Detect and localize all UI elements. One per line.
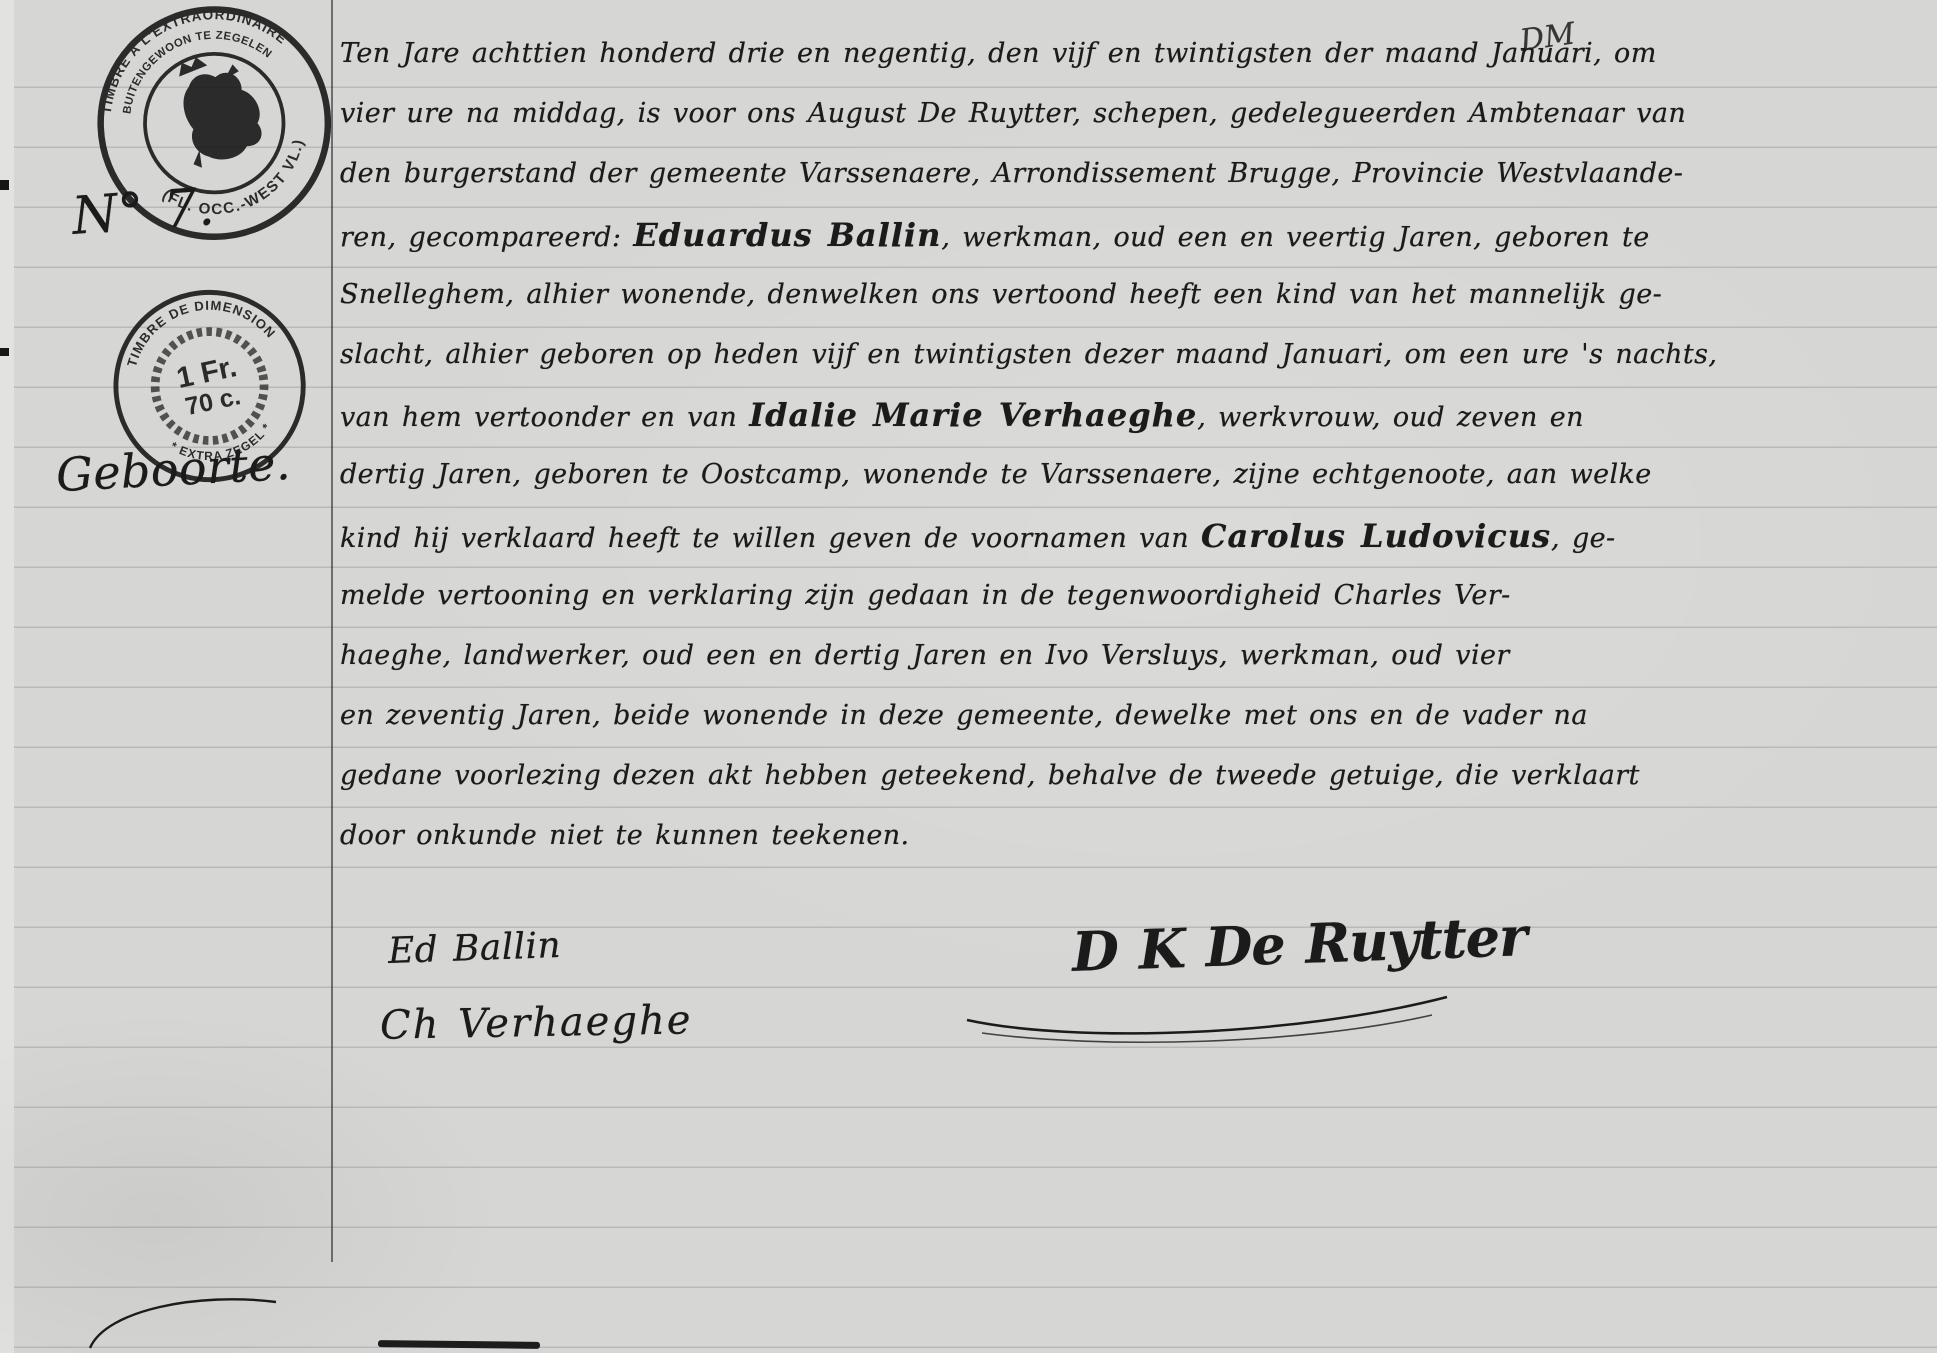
act-text-segment: Ten Jare achttien honderd drie en negent… bbox=[340, 38, 1657, 69]
act-text-segment: kind hij verklaard heeft te willen geven… bbox=[340, 523, 1201, 554]
act-text-segment: door onkunde niet te kunnen teekenen. bbox=[340, 820, 910, 851]
act-line: dertig Jaren, geboren te Oostcamp, wonen… bbox=[340, 445, 1918, 505]
act-line: melde vertooning en verklaring zijn geda… bbox=[340, 566, 1918, 626]
act-text-segment: slacht, alhier geboren op heden vijf en … bbox=[340, 339, 1717, 370]
act-text-segment: dertig Jaren, geboren te Oostcamp, wonen… bbox=[340, 459, 1652, 490]
act-text-segment: gedane voorlezing dezen akt hebben getee… bbox=[340, 760, 1640, 791]
next-entry-flourish bbox=[78, 1288, 288, 1353]
act-text-segment: Snelleghem, alhier wonende, denwelken on… bbox=[340, 279, 1662, 310]
act-text-segment: den burgerstand der gemeente Varssenaere… bbox=[340, 158, 1683, 189]
act-number: N° 7. bbox=[70, 177, 216, 247]
binding-mark bbox=[0, 348, 9, 356]
act-text-segment: , werkvrouw, oud zeven en bbox=[1197, 402, 1584, 433]
act-line: gedane voorlezing dezen akt hebben getee… bbox=[340, 746, 1918, 806]
act-text-segment: , werkman, oud een en veertig Jaren, geb… bbox=[941, 222, 1649, 253]
binding-mark bbox=[0, 180, 9, 190]
act-line: door onkunde niet te kunnen teekenen. bbox=[340, 806, 1918, 866]
act-line: Snelleghem, alhier wonende, denwelken on… bbox=[340, 265, 1918, 325]
act-text-segment: melde vertooning en verklaring zijn geda… bbox=[340, 580, 1511, 611]
next-entry-mark bbox=[378, 1340, 540, 1349]
crowned-lion-icon bbox=[157, 42, 273, 172]
act-line: haeghe, landwerker, oud een en dertig Ja… bbox=[340, 626, 1918, 686]
act-body: Ten Jare achttien honderd drie en negent… bbox=[340, 24, 1918, 867]
act-line: Ten Jare achttien honderd drie en negent… bbox=[340, 24, 1918, 84]
signature-declarant: Ed Ballin bbox=[387, 925, 561, 972]
act-line: slacht, alhier geboren op heden vijf en … bbox=[340, 325, 1918, 385]
act-name-highlight: Idalie Marie Verhaeghe bbox=[749, 396, 1197, 434]
act-text-segment: en zeventig Jaren, beide wonende in deze… bbox=[340, 700, 1588, 731]
act-name-highlight: Carolus Ludovicus bbox=[1201, 517, 1551, 555]
act-line: den burgerstand der gemeente Varssenaere… bbox=[340, 144, 1918, 204]
signature-officer: D K De Ruytter bbox=[1071, 904, 1528, 984]
act-line: en zeventig Jaren, beide wonende in deze… bbox=[340, 686, 1918, 746]
act-text-segment: haeghe, landwerker, oud een en dertig Ja… bbox=[340, 640, 1510, 671]
act-line: van hem vertoonder en van Idalie Marie V… bbox=[340, 385, 1918, 445]
act-line: kind hij verklaard heeft te willen geven… bbox=[340, 506, 1918, 566]
signature-flourish bbox=[962, 975, 1462, 1049]
act-name-highlight: Eduardus Ballin bbox=[633, 216, 941, 254]
act-line: vier ure na middag, is voor ons August D… bbox=[340, 84, 1918, 144]
act-text-segment: ren, gecompareerd: bbox=[340, 222, 633, 253]
act-text-segment: van hem vertoonder en van bbox=[340, 402, 749, 433]
act-type-label: Geboorte. bbox=[55, 436, 292, 502]
signature-witness: Ch Verhaeghe bbox=[380, 997, 693, 1048]
act-text-segment: , ge- bbox=[1551, 523, 1616, 554]
act-text-segment: vier ure na middag, is voor ons August D… bbox=[340, 98, 1686, 129]
act-line: ren, gecompareerd: Eduardus Ballin, werk… bbox=[340, 205, 1918, 265]
document-scan: { "document": { "paper_color": "#d4d4d2"… bbox=[0, 0, 1937, 1353]
